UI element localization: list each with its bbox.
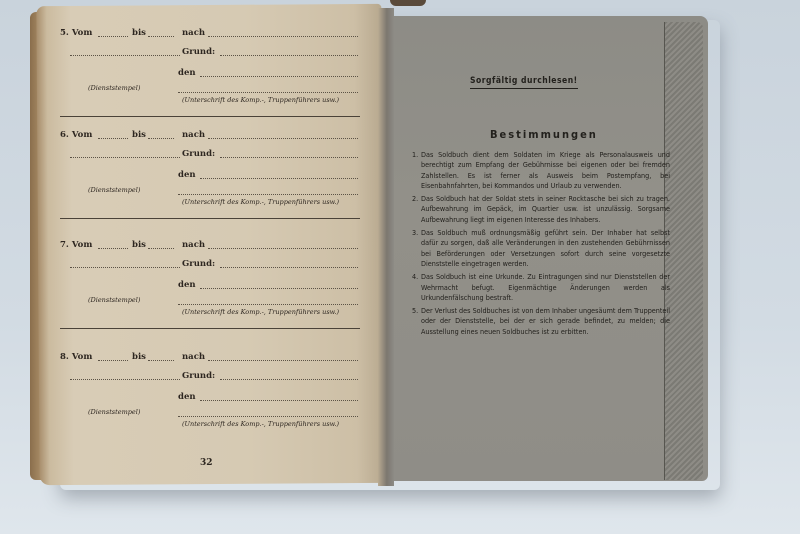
- rule-text: Das Soldbuch dient dem Soldaten im Krieg…: [421, 150, 670, 191]
- rules-list: 1.Das Soldbuch dient dem Soldaten im Kri…: [412, 150, 670, 340]
- stamp-label: (Dienststempel): [88, 408, 140, 416]
- reason-field[interactable]: [220, 157, 358, 158]
- entry-to-label: nach: [182, 352, 205, 362]
- entry-reason-label: Grund:: [182, 371, 215, 381]
- entry-until-label: bis: [132, 130, 146, 140]
- entry-divider: [60, 218, 360, 219]
- object-at-top: [390, 0, 426, 6]
- date-field[interactable]: [200, 400, 358, 401]
- to-field[interactable]: [208, 360, 358, 361]
- rule-number: 4.: [412, 272, 421, 303]
- stamp-label: (Dienststempel): [88, 186, 140, 194]
- signature-label: (Unterschrift des Komp.-, Truppenführers…: [182, 308, 339, 316]
- signature-field[interactable]: [178, 92, 358, 93]
- to-field[interactable]: [208, 36, 358, 37]
- until-field[interactable]: [148, 248, 174, 249]
- rule-number: 3.: [412, 228, 421, 269]
- stamp-label: (Dienststempel): [88, 84, 140, 92]
- entry-from-label: 8. Vom: [60, 352, 92, 362]
- to-field[interactable]: [208, 248, 358, 249]
- until-field[interactable]: [148, 138, 174, 139]
- destination-field[interactable]: [70, 267, 180, 268]
- entry-from-label: 6. Vom: [60, 130, 92, 140]
- from-field[interactable]: [98, 360, 128, 361]
- entry-to-label: nach: [182, 28, 205, 38]
- entry-from-label: 5. Vom: [60, 28, 92, 38]
- rules-heading: Bestimmungen: [490, 128, 598, 141]
- rule-text: Das Soldbuch hat der Soldat stets in sei…: [421, 194, 670, 225]
- destination-field[interactable]: [70, 55, 180, 56]
- book-gutter: [378, 8, 394, 486]
- entry-to-label: nach: [182, 240, 205, 250]
- reason-field[interactable]: [220, 379, 358, 380]
- destination-field[interactable]: [70, 157, 180, 158]
- signature-field[interactable]: [178, 194, 358, 195]
- entry-from-label: 7. Vom: [60, 240, 92, 250]
- rule-text: Das Soldbuch muß ordnungsmäßig geführt s…: [421, 228, 670, 269]
- entry-date-label: den: [178, 68, 196, 78]
- rule-text: Das Soldbuch ist eine Urkunde. Zu Eintra…: [421, 272, 670, 303]
- rule-item: 2.Das Soldbuch hat der Soldat stets in s…: [412, 194, 670, 225]
- signature-label: (Unterschrift des Komp.-, Truppenführers…: [182, 96, 339, 104]
- entry-reason-label: Grund:: [182, 149, 215, 159]
- from-field[interactable]: [98, 36, 128, 37]
- date-field[interactable]: [200, 76, 358, 77]
- destination-field[interactable]: [70, 379, 180, 380]
- entry-date-label: den: [178, 392, 196, 402]
- rule-number: 5.: [412, 306, 421, 337]
- entry-divider: [60, 328, 360, 329]
- reason-field[interactable]: [220, 267, 358, 268]
- date-field[interactable]: [200, 178, 358, 179]
- rule-item: 1.Das Soldbuch dient dem Soldaten im Kri…: [412, 150, 670, 191]
- signature-field[interactable]: [178, 416, 358, 417]
- entry-divider: [60, 116, 360, 117]
- date-field[interactable]: [200, 288, 358, 289]
- rule-item: 3.Das Soldbuch muß ordnungsmäßig geführt…: [412, 228, 670, 269]
- from-field[interactable]: [98, 138, 128, 139]
- stamp-label: (Dienststempel): [88, 296, 140, 304]
- entry-to-label: nach: [182, 130, 205, 140]
- to-field[interactable]: [208, 138, 358, 139]
- entry-until-label: bis: [132, 28, 146, 38]
- reason-field[interactable]: [220, 55, 358, 56]
- signature-label: (Unterschrift des Komp.-, Truppenführers…: [182, 198, 339, 206]
- signature-field[interactable]: [178, 304, 358, 305]
- rule-item: 4.Das Soldbuch ist eine Urkunde. Zu Eint…: [412, 272, 670, 303]
- entry-reason-label: Grund:: [182, 47, 215, 57]
- signature-label: (Unterschrift des Komp.-, Truppenführers…: [182, 420, 339, 428]
- entry-until-label: bis: [132, 240, 146, 250]
- rule-number: 2.: [412, 194, 421, 225]
- entry-reason-label: Grund:: [182, 259, 215, 269]
- until-field[interactable]: [148, 36, 174, 37]
- rule-text: Der Verlust des Soldbuches ist von dem I…: [421, 306, 670, 337]
- entry-until-label: bis: [132, 352, 146, 362]
- until-field[interactable]: [148, 360, 174, 361]
- notice-heading: Sorgfältig durchlesen!: [470, 76, 578, 89]
- page-number: 32: [200, 458, 213, 468]
- rule-item: 5.Der Verlust des Soldbuches ist von dem…: [412, 306, 670, 337]
- from-field[interactable]: [98, 248, 128, 249]
- entry-date-label: den: [178, 170, 196, 180]
- rule-number: 1.: [412, 150, 421, 191]
- entry-date-label: den: [178, 280, 196, 290]
